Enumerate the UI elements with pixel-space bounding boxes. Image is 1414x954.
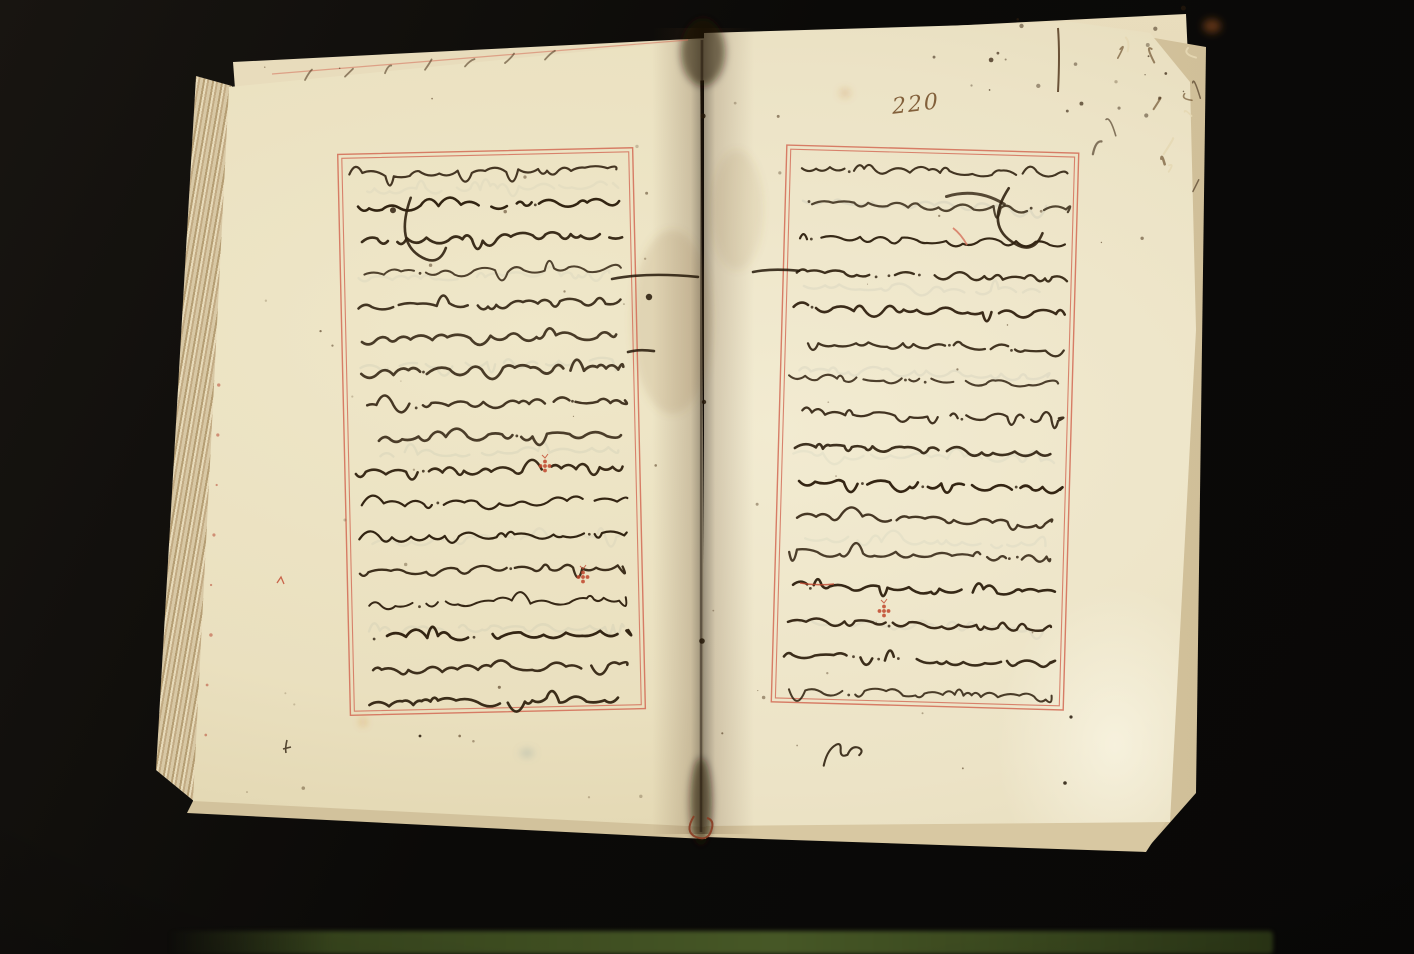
paper-speck [1101,242,1102,243]
paper-speck [404,563,407,566]
paper-speck [331,344,333,346]
paper-speck [1146,43,1150,47]
paper-speck [835,475,837,477]
script-line [369,689,632,715]
word-divider-dot [847,694,850,697]
paper-speck [1117,106,1120,109]
rosette-accent [542,454,548,458]
paper-speck [645,192,648,195]
red-flick [953,228,967,245]
rosette-dot [581,571,585,575]
paper-speck [757,690,758,691]
paper-speck [366,305,367,306]
showthrough-line [380,439,618,458]
left-text-block [338,148,646,716]
paper-damage-curl [1164,138,1173,154]
fore-edge-red-speck [206,684,209,687]
word-divider-dot [852,655,855,658]
paper-speck [989,89,991,91]
script-line [367,390,627,413]
stain-group [360,18,1221,846]
word-divider-dot [418,605,421,608]
paper-speck [1007,324,1008,325]
margin-ink-tick [283,740,291,753]
ink-drip [1058,28,1059,92]
word-divider-dot [422,470,425,473]
fore-edge-red-speck [209,633,212,636]
paper-speck [997,52,1000,55]
word-divider-dot [897,657,900,660]
word-divider-dot [861,482,864,485]
paper-speck [867,284,868,285]
word-divider-dot [921,485,924,488]
paper-speck [938,215,940,217]
paper-speck [264,67,265,68]
paper-speck [1158,96,1161,99]
script-line [808,338,1064,357]
paper-speck [1079,102,1083,106]
script-line [793,302,1070,323]
word-divider-dot [875,275,878,278]
paper-damage-curl [1169,165,1172,172]
word-divider-dot [571,400,574,403]
ink-blot [419,735,422,738]
script-line [362,327,617,348]
paper-stain [1203,19,1221,33]
paper-speck [319,330,321,332]
script-line [358,194,619,212]
paper-speck [712,610,714,612]
word-divider-dot [473,636,476,639]
ink-offset-mark [385,65,391,73]
paper-speck [458,735,461,738]
paper-damage-curl [1126,38,1129,52]
ink-blot [702,400,706,404]
script-line [362,490,628,512]
paper-damage-curl [1149,48,1154,62]
word-divider-dot [1010,349,1013,352]
paper-speck [639,795,642,798]
paper-stain [520,749,534,757]
rosette-dot [581,580,585,584]
paper-speck [523,175,526,178]
word-divider-dot [948,344,951,347]
paper-speck [1181,6,1186,11]
word-divider-dot [810,238,813,241]
word-divider-dot [373,638,376,641]
paper-speck [827,401,829,403]
word-divider-dot [515,435,518,438]
paper-speck [1183,91,1185,93]
showthrough-line [805,528,1046,550]
paper-speck [573,416,574,417]
paper-damage-curl [1093,141,1102,154]
rosette-dot [882,609,886,613]
word-divider-dot [1008,557,1011,560]
red-rosette [878,599,891,617]
paper-speck [1140,237,1143,240]
rosette-dot [577,575,581,579]
paper-damage-curl [1186,48,1196,58]
ink-offset-mark [345,69,353,77]
script-line [364,259,621,283]
rosette-dot [887,609,891,613]
rosette-dot [543,464,547,468]
ink-blot [699,638,705,644]
paper-speck [970,84,972,86]
paper-damage-curl [1193,81,1201,98]
paper-speck [623,303,625,305]
paper-speck [654,464,657,467]
paper-speck [343,518,346,521]
paper-speck [293,703,295,705]
rosette-dot [878,609,882,613]
manuscript-photo: 220 [0,0,1414,954]
script-line [802,405,1064,428]
paper-speck [756,503,759,506]
script-line [358,292,620,313]
script-line [379,425,621,449]
paper-speck [762,696,766,700]
paper-speck [1074,62,1078,66]
word-divider-dot [436,502,439,505]
paper-speck [1148,55,1150,57]
word-divider-dot [419,272,422,275]
paper-speck [777,115,780,118]
word-divider-dot [415,406,418,409]
script-line [387,622,631,641]
paper-speck [472,740,475,743]
ink-blot [646,294,652,300]
fore-edge-red-speck [217,383,220,386]
ink-blob [390,207,396,213]
fore-edge-red-speck [212,533,215,536]
fore-edge-red-speck [204,734,207,737]
paper-damage-curl [1106,119,1116,136]
paper-stain [711,150,763,270]
paper-speck [721,732,723,734]
word-divider-dot [811,306,814,309]
flourish-stroke [404,197,446,261]
script-line [797,268,1067,283]
script-line [373,658,628,680]
heavy-ink-smear [946,193,1004,204]
script-line [793,578,1055,601]
word-divider-dot [1015,486,1018,489]
paper-speck [1144,113,1148,117]
word-divider-dot [887,274,890,277]
word-divider-dot [422,371,425,374]
ink-blot [1069,715,1072,718]
paper-speck [1114,80,1117,83]
paper-speck [1144,74,1145,75]
showthrough-line [793,444,1054,470]
ink-blot [700,113,705,118]
paper-speck [876,622,877,623]
paper-speck [734,102,737,105]
paper-speck [933,56,936,59]
word-divider-dot [848,170,851,173]
paper-speck [246,791,248,793]
rosette-accent [580,565,586,569]
word-divider-dot [924,381,927,384]
paper-speck [1019,24,1023,28]
gutter-crease [701,40,702,832]
paper-speck [635,145,638,148]
script-line [789,373,1058,388]
paper-stain [360,719,366,725]
script-line [369,590,626,612]
script-line [359,526,627,545]
paper-speck [1036,84,1040,88]
showthrough-line [804,275,1058,299]
rosette-dot [586,575,590,579]
script-line [797,506,1053,531]
paper-damage-curl [1161,157,1164,164]
paper-speck [962,767,964,769]
paper-speck [1153,27,1157,31]
paper-speck [1005,58,1007,60]
paper-stain [840,89,850,97]
paper-damage-curl [1118,47,1123,58]
fore-edge-red-speck [210,584,212,586]
script-line [356,458,623,481]
rosette-dot [543,460,547,464]
paper-speck [429,263,432,266]
rosette-dot [548,464,552,468]
paper-speck [498,686,501,689]
paper-speck [1040,210,1043,213]
word-divider-dot [918,274,921,277]
rosette-dot [882,605,886,609]
paper-speck [1164,72,1167,75]
paper-damage-curl [1185,111,1192,116]
fore-edge-red-speck [216,433,219,436]
paper-damage-curl [1193,180,1199,192]
word-divider-dot [960,418,963,421]
paper-speck [588,796,590,798]
manuscript-artwork [0,0,1414,954]
paper-speck [1016,18,1019,21]
paper-damage-curl [1184,94,1192,101]
paper-speck [826,672,828,674]
script-line [362,231,622,252]
red-margin-caret [277,577,284,584]
paper-speck [351,395,353,397]
paper-speck [1032,632,1034,634]
catchword [819,738,863,767]
paper-speck [302,786,306,790]
rosette-dot [581,575,585,579]
paper-speck [989,58,994,63]
paper-speck [922,712,924,714]
paper-speck [400,380,401,381]
script-line [784,648,1055,671]
word-divider-dot [509,567,512,570]
paper-speck [563,290,565,292]
rosette-dot [882,614,886,618]
fore-edge-red-speck [216,484,218,486]
paper-speck [339,67,341,69]
paper-speck [431,98,433,100]
right-text-block [771,145,1078,710]
script-line [799,478,1063,498]
paper-speck [778,171,781,174]
word-divider-dot [809,587,812,590]
showthrough-line [367,176,618,199]
paper-speck [503,210,506,213]
red-underline [800,583,834,585]
ink-blot [1063,781,1067,785]
rosette-accent [881,599,887,603]
paper-speck [796,745,798,747]
word-divider-dot [904,379,907,382]
word-divider-dot [1016,556,1019,559]
paper-speck [284,692,286,694]
paper-speck [413,469,415,471]
paper-speck [956,368,958,370]
word-divider-dot [877,658,880,661]
script-line [802,160,1068,179]
paper-speck [644,258,646,260]
paper-speck [1066,110,1069,113]
rosette-dot [539,464,543,468]
ink-dash [753,270,799,272]
ink-offset-mark [465,59,475,66]
word-divider-dot [534,203,537,206]
paper-speck [265,300,267,302]
under-sheet-red-rule [272,40,688,74]
rosette-dot [543,469,547,473]
